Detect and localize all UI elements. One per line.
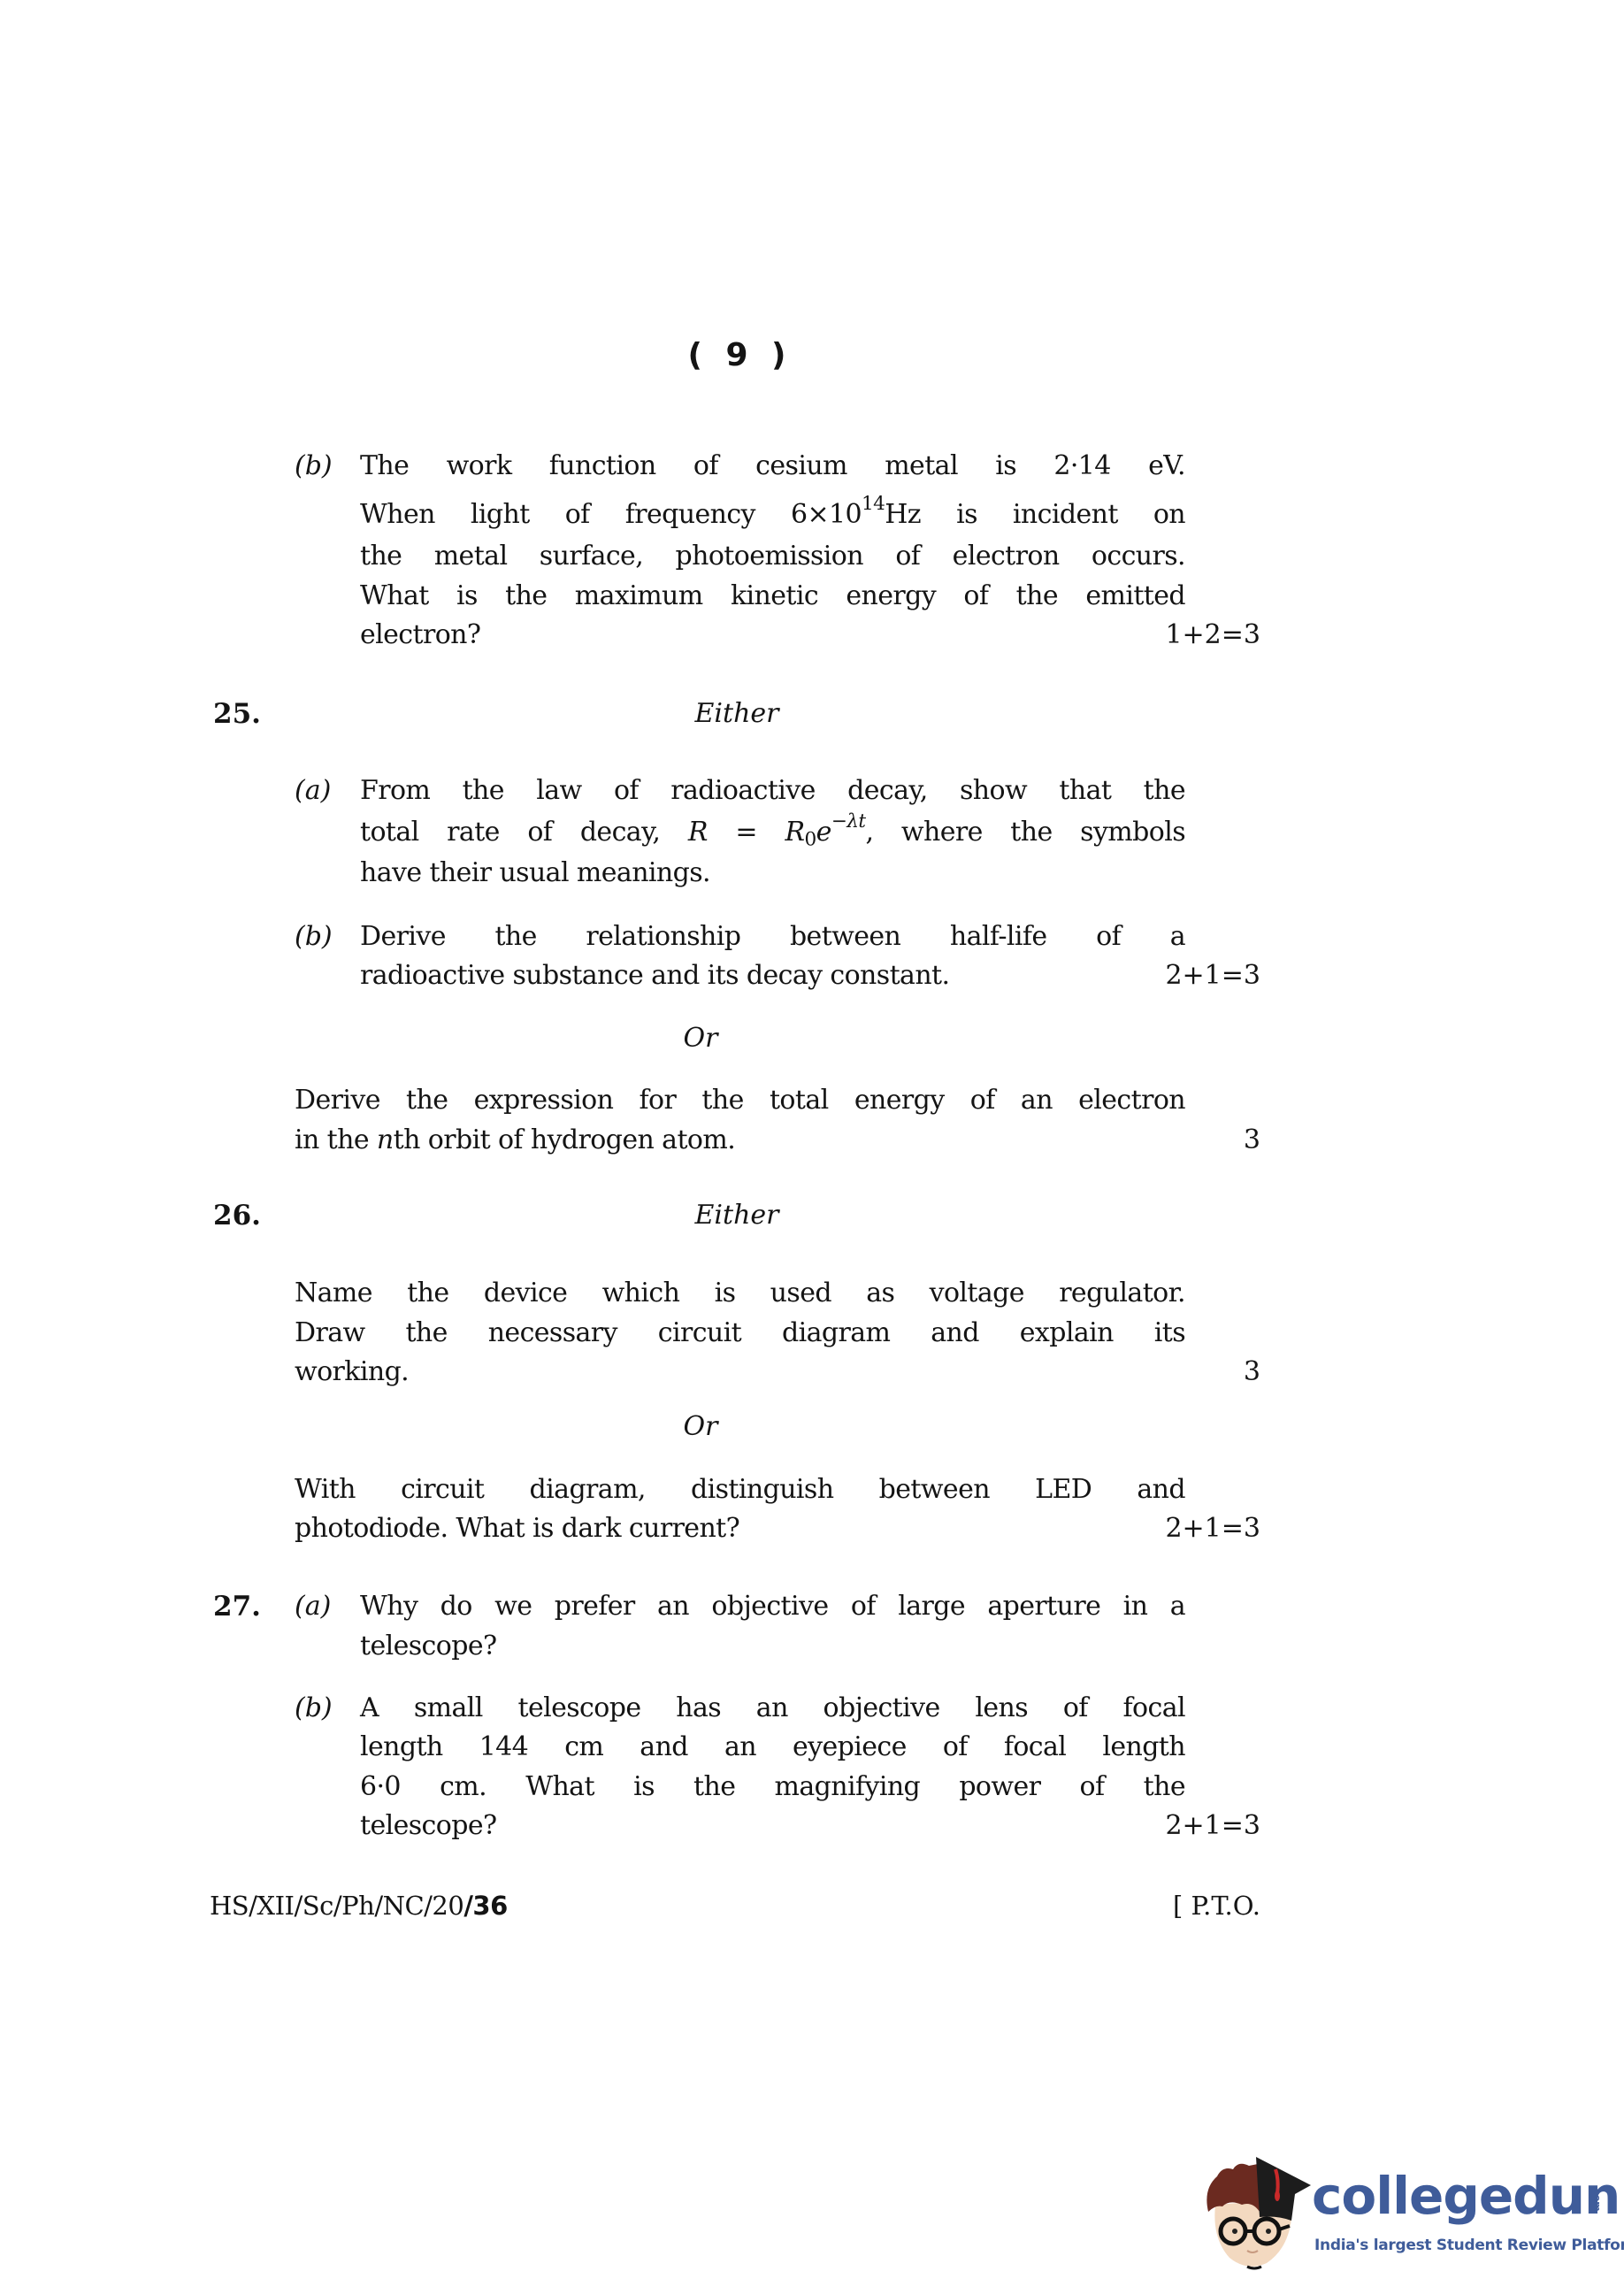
brand-name: collegedunia <box>1312 2168 1624 2224</box>
or-heading: Or <box>684 1409 718 1445</box>
brand-tagline: India's largest Student Review Platform <box>1314 2237 1624 2254</box>
question-line: With circuit diagram, distinguish betwee… <box>295 1472 1185 1508</box>
sub-label: (b) <box>295 449 333 484</box>
question-line: A small telescope has an objective lens … <box>360 1691 1185 1726</box>
question-line: telescope? <box>360 1629 1185 1664</box>
decay-formula: R = R0e−λt, where the symbols <box>688 817 1185 848</box>
collegedunia-logo: collegedunia .com India's largest Studen… <box>1203 2150 1619 2274</box>
question-line: When light of frequency 6×1014Hz is inci… <box>360 497 1185 533</box>
marks: 2+1=3 <box>1165 1511 1260 1546</box>
frequency-formula: 6×1014Hz <box>791 499 921 530</box>
question-number: 27. <box>213 1589 261 1624</box>
sub-label: (b) <box>295 919 333 955</box>
marks: 3 <box>1244 1123 1260 1158</box>
question-line: Derive the expression for the total ener… <box>295 1083 1185 1118</box>
question-line: The work function of cesium metal is 2·1… <box>360 449 1185 484</box>
marks: 1+2=3 <box>1165 618 1260 653</box>
question-line: working. <box>295 1354 1185 1390</box>
either-heading: Either <box>695 1198 779 1233</box>
brand-domain: .com <box>1591 2185 1603 2212</box>
marks: 2+1=3 <box>1165 1808 1260 1844</box>
question-line: photodiode. What is dark current? <box>295 1511 1185 1546</box>
question-line: telescope? <box>360 1808 1185 1844</box>
question-number: 25. <box>213 696 261 732</box>
question-line: 6·0 cm. What is the magnifying power of … <box>360 1769 1185 1805</box>
question-line: total rate of decay, R = R0e−λt, where t… <box>360 815 1185 850</box>
question-line: What is the maximum kinetic energy of th… <box>360 579 1185 614</box>
or-heading: Or <box>684 1021 718 1056</box>
question-line: length 144 cm and an eyepiece of focal l… <box>360 1730 1185 1765</box>
pto-label: [ P.T.O. <box>1173 1890 1260 1922</box>
question-line: Name the device which is used as voltage… <box>295 1276 1185 1311</box>
question-line: in the nth orbit of hydrogen atom. <box>295 1123 1185 1158</box>
sub-label: (b) <box>295 1691 333 1726</box>
question-line: Derive the relationship between half-lif… <box>360 919 1185 955</box>
marks: 2+1=3 <box>1165 958 1260 994</box>
question-line: Why do we prefer an objective of large a… <box>360 1589 1185 1624</box>
page-number: ( 9 ) <box>687 336 785 375</box>
paper-code: HS/XII/Sc/Ph/NC/20/36 <box>210 1890 508 1922</box>
question-line: electron? <box>360 618 1185 653</box>
student-mascot-icon <box>1203 2150 1314 2274</box>
question-line: radioactive substance and its decay cons… <box>360 958 1185 994</box>
question-line: Draw the necessary circuit diagram and e… <box>295 1316 1185 1351</box>
question-number: 26. <box>213 1198 261 1233</box>
sub-label: (a) <box>295 773 331 809</box>
sub-label: (a) <box>295 1589 331 1624</box>
question-line: the metal surface, photoemission of elec… <box>360 539 1185 574</box>
question-line: From the law of radioactive decay, show … <box>360 773 1185 809</box>
question-line: have their usual meanings. <box>360 856 1185 891</box>
either-heading: Either <box>695 696 779 732</box>
marks: 3 <box>1244 1354 1260 1390</box>
